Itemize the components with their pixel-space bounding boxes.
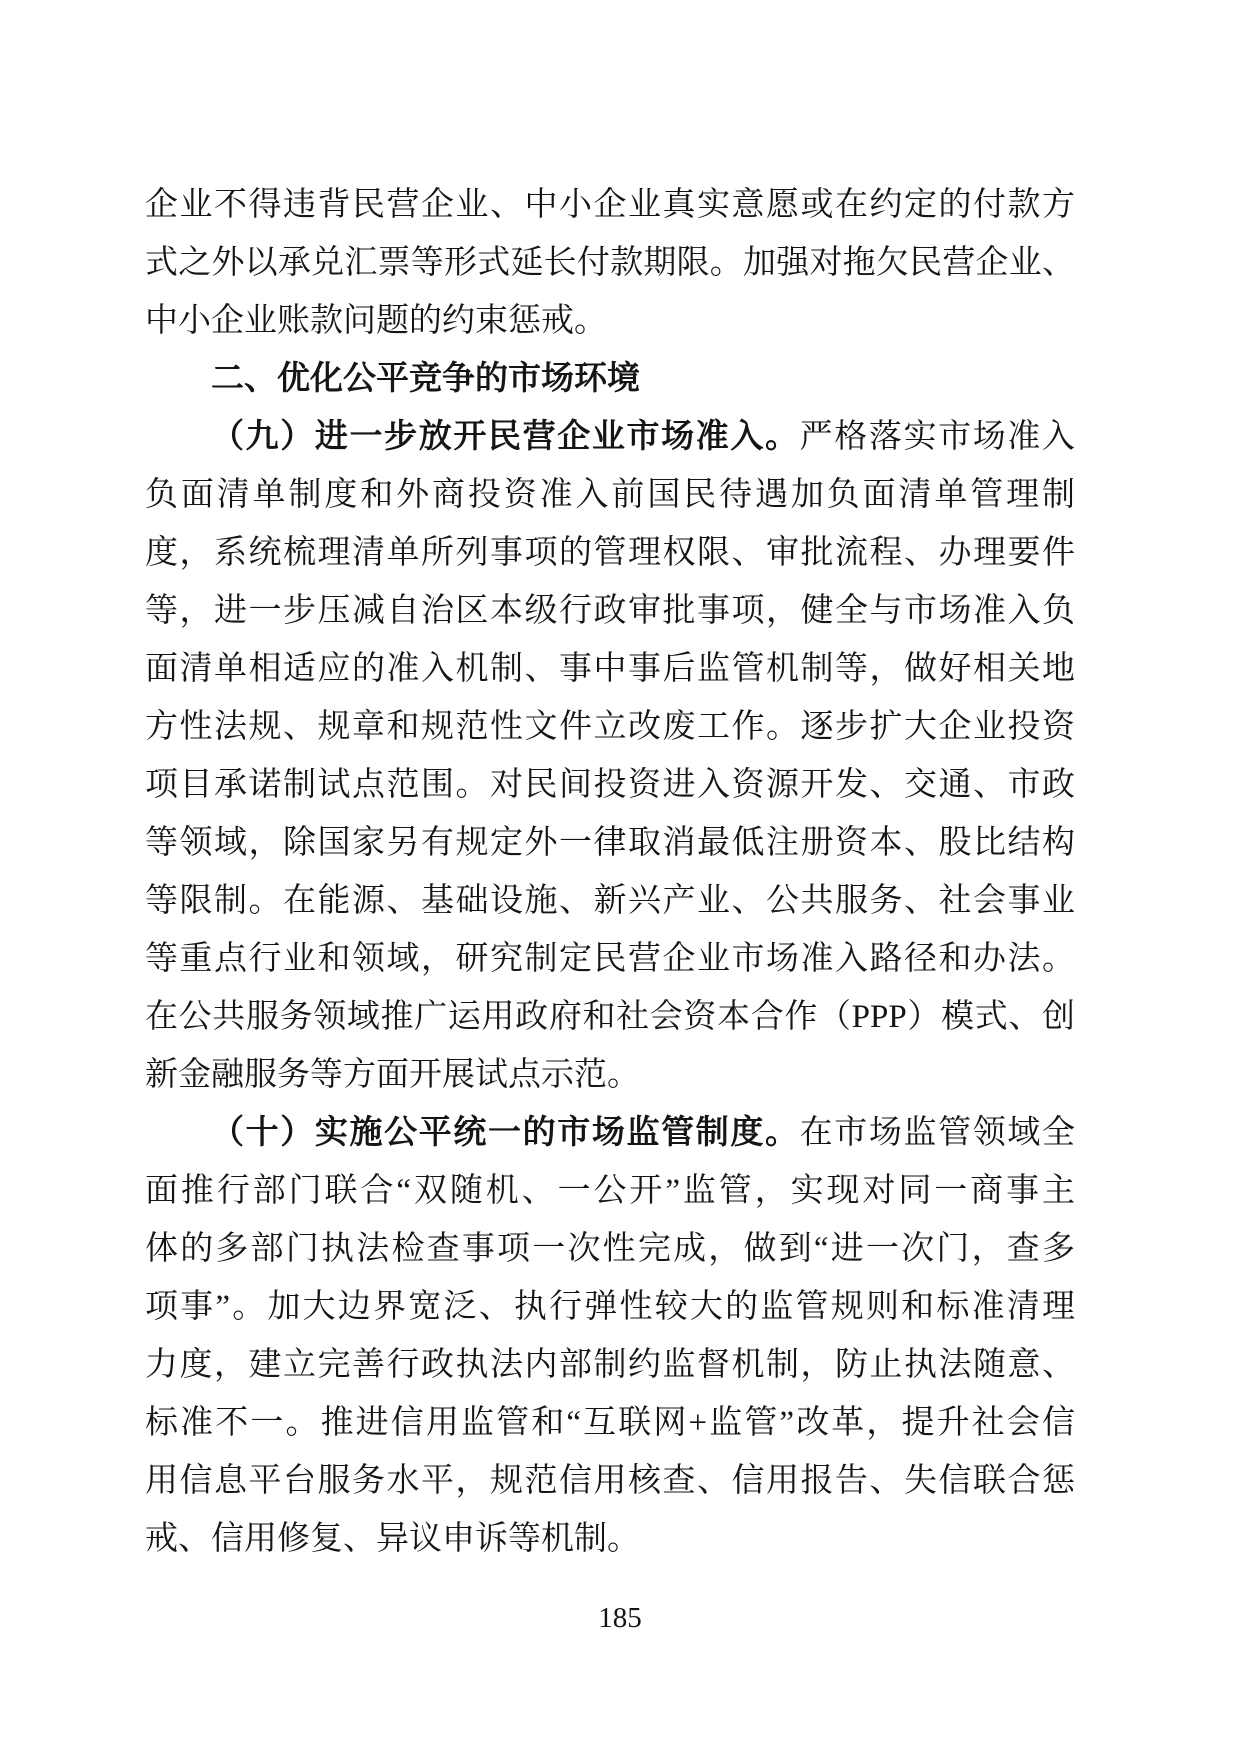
text-segment: 中小企业账款问题的约束惩戒。 bbox=[145, 303, 607, 339]
page-number: 185 bbox=[0, 1598, 1240, 1638]
text-segment: 标准不一。推进信用监管和“互联网+监管”改革，提升社会信 bbox=[145, 1405, 1075, 1441]
text-segment: 度，系统梳理清单所列事项的管理权限、审批流程、办理要件 bbox=[145, 535, 1075, 571]
text-line: 等重点行业和领域，研究制定民营企业市场准入路径和办法。 bbox=[145, 930, 1075, 988]
text-segment: 项事”。加大边界宽泛、执行弹性较大的监管规则和标准清理 bbox=[145, 1289, 1075, 1325]
text-line: 中小企业账款问题的约束惩戒。 bbox=[145, 292, 1075, 350]
text-line: 方性法规、规章和规范性文件立改废工作。逐步扩大企业投资 bbox=[145, 698, 1075, 756]
text-line: 负面清单制度和外商投资准入前国民待遇加负面清单管理制 bbox=[145, 466, 1075, 524]
text-line: （十）实施公平统一的市场监管制度。在市场监管领域全 bbox=[145, 1104, 1075, 1162]
bold-text-segment: （十）实施公平统一的市场监管制度。 bbox=[211, 1115, 800, 1151]
text-segment: 等领域，除国家另有规定外一律取消最低注册资本、股比结构 bbox=[145, 825, 1075, 861]
text-segment: 等，进一步压减自治区本级行政审批事项，健全与市场准入负 bbox=[145, 593, 1075, 629]
bold-text-segment: （九）进一步放开民营企业市场准入。 bbox=[211, 419, 800, 455]
text-line: 戒、信用修复、异议申诉等机制。 bbox=[145, 1510, 1075, 1568]
text-segment: 用信息平台服务水平，规范信用核查、信用报告、失信联合惩 bbox=[145, 1463, 1075, 1499]
text-line: 等领域，除国家另有规定外一律取消最低注册资本、股比结构 bbox=[145, 814, 1075, 872]
bold-text-segment: 二、优化公平竞争的市场环境 bbox=[211, 361, 640, 397]
text-line: 度，系统梳理清单所列事项的管理权限、审批流程、办理要件 bbox=[145, 524, 1075, 582]
text-segment: 企业不得违背民营企业、中小企业真实意愿或在约定的付款方 bbox=[145, 187, 1075, 223]
text-segment: 项目承诺制试点范围。对民间投资进入资源开发、交通、市政 bbox=[145, 767, 1075, 803]
text-line: 在公共服务领域推广运用政府和社会资本合作（PPP）模式、创 bbox=[145, 988, 1075, 1046]
text-segment: 戒、信用修复、异议申诉等机制。 bbox=[145, 1521, 640, 1557]
text-segment: 面清单相适应的准入机制、事中事后监管机制等，做好相关地 bbox=[145, 651, 1075, 687]
text-segment: 等限制。在能源、基础设施、新兴产业、公共服务、社会事业 bbox=[145, 883, 1075, 919]
text-segment: 新金融服务等方面开展试点示范。 bbox=[145, 1057, 640, 1093]
text-line: 企业不得违背民营企业、中小企业真实意愿或在约定的付款方 bbox=[145, 176, 1075, 234]
text-segment: 式之外以承兑汇票等形式延长付款期限。加强对拖欠民营企业、 bbox=[145, 245, 1075, 281]
text-line: 项目承诺制试点范围。对民间投资进入资源开发、交通、市政 bbox=[145, 756, 1075, 814]
text-line: （九）进一步放开民营企业市场准入。严格落实市场准入 bbox=[145, 408, 1075, 466]
text-segment: 面推行部门联合“双随机、一公开”监管，实现对同一商事主 bbox=[145, 1173, 1075, 1209]
text-line: 面推行部门联合“双随机、一公开”监管，实现对同一商事主 bbox=[145, 1162, 1075, 1220]
text-segment: 等重点行业和领域，研究制定民营企业市场准入路径和办法。 bbox=[145, 941, 1075, 977]
text-line: 面清单相适应的准入机制、事中事后监管机制等，做好相关地 bbox=[145, 640, 1075, 698]
text-line: 式之外以承兑汇票等形式延长付款期限。加强对拖欠民营企业、 bbox=[145, 234, 1075, 292]
text-line: 标准不一。推进信用监管和“互联网+监管”改革，提升社会信 bbox=[145, 1394, 1075, 1452]
document-page: 企业不得违背民营企业、中小企业真实意愿或在约定的付款方式之外以承兑汇票等形式延长… bbox=[0, 0, 1240, 1754]
text-segment: 方性法规、规章和规范性文件立改废工作。逐步扩大企业投资 bbox=[145, 709, 1075, 745]
text-segment: 在公共服务领域推广运用政府和社会资本合作（PPP）模式、创 bbox=[145, 999, 1075, 1035]
text-segment: 负面清单制度和外商投资准入前国民待遇加负面清单管理制 bbox=[145, 477, 1075, 513]
text-segment: 严格落实市场准入 bbox=[800, 419, 1075, 455]
text-column: 企业不得违背民营企业、中小企业真实意愿或在约定的付款方式之外以承兑汇票等形式延长… bbox=[145, 176, 1075, 1568]
text-segment: 力度，建立完善行政执法内部制约监督机制，防止执法随意、 bbox=[145, 1347, 1075, 1383]
text-segment: 在市场监管领域全 bbox=[800, 1115, 1075, 1151]
text-segment: 体的多部门执法检查事项一次性完成，做到“进一次门，查多 bbox=[145, 1231, 1075, 1267]
text-line: 等，进一步压减自治区本级行政审批事项，健全与市场准入负 bbox=[145, 582, 1075, 640]
text-line: 体的多部门执法检查事项一次性完成，做到“进一次门，查多 bbox=[145, 1220, 1075, 1278]
text-line: 二、优化公平竞争的市场环境 bbox=[145, 350, 1075, 408]
text-line: 用信息平台服务水平，规范信用核查、信用报告、失信联合惩 bbox=[145, 1452, 1075, 1510]
text-line: 等限制。在能源、基础设施、新兴产业、公共服务、社会事业 bbox=[145, 872, 1075, 930]
text-line: 新金融服务等方面开展试点示范。 bbox=[145, 1046, 1075, 1104]
text-line: 项事”。加大边界宽泛、执行弹性较大的监管规则和标准清理 bbox=[145, 1278, 1075, 1336]
text-line: 力度，建立完善行政执法内部制约监督机制，防止执法随意、 bbox=[145, 1336, 1075, 1394]
